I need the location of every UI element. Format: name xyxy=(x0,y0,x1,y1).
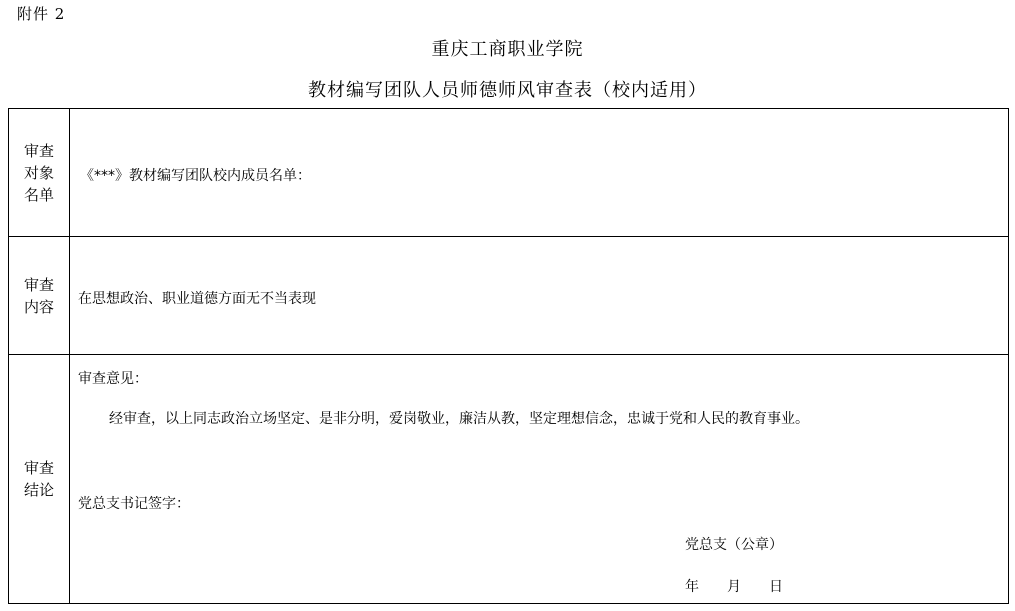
opinion-text: 经审查，以上同志政治立场坚定、是非分明，爱岗敬业，廉洁从教，坚定理想信念，忠诚于… xyxy=(109,408,809,428)
table-row-review-content: 审查内容 在思想政治、职业道德方面无不当表现 xyxy=(9,237,1008,355)
institution-title: 重庆工商职业学院 xyxy=(0,35,1015,61)
row-label-cell: 审查内容 xyxy=(9,237,70,354)
row-label: 审查结论 xyxy=(23,457,55,501)
seal-label: 党总支（公章） xyxy=(685,534,783,554)
member-list-text: 《***》教材编写团队校内成员名单： xyxy=(80,165,311,185)
form-title: 教材编写团队人员师德师风审查表（校内适用） xyxy=(0,76,1015,102)
review-table: 审查对象名单 《***》教材编写团队校内成员名单： 审查内容 在思想政治、职业道… xyxy=(8,108,1009,604)
opinion-heading: 审查意见： xyxy=(78,368,148,388)
attachment-label: 附件 2 xyxy=(17,3,65,24)
review-content-text: 在思想政治、职业道德方面无不当表现 xyxy=(78,288,316,308)
row-label-cell: 审查结论 xyxy=(9,355,70,603)
row-content-cell: 审查意见： 经审查，以上同志政治立场坚定、是非分明，爱岗敬业，廉洁从教，坚定理想… xyxy=(70,355,1008,603)
row-label: 审查内容 xyxy=(23,274,55,318)
table-row-review-conclusion: 审查结论 审查意见： 经审查，以上同志政治立场坚定、是非分明，爱岗敬业，廉洁从教… xyxy=(9,355,1008,603)
signature-label: 党总支书记签字： xyxy=(78,493,190,513)
row-label: 审查对象名单 xyxy=(23,140,55,206)
date-label: 年 月 日 xyxy=(685,576,783,596)
row-content-cell: 《***》教材编写团队校内成员名单： xyxy=(70,109,1008,236)
row-label-cell: 审查对象名单 xyxy=(9,109,70,236)
row-content-cell: 在思想政治、职业道德方面无不当表现 xyxy=(70,237,1008,354)
table-row-review-subjects: 审查对象名单 《***》教材编写团队校内成员名单： xyxy=(9,109,1008,237)
